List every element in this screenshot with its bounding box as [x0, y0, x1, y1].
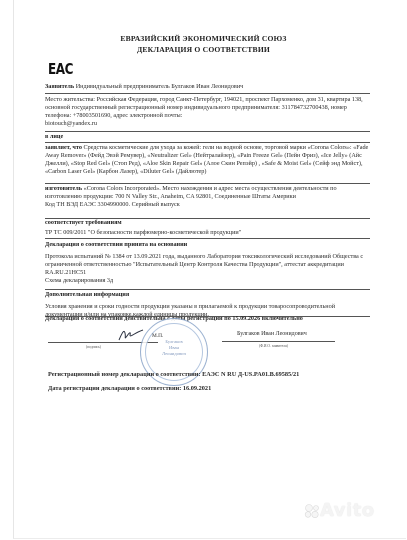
applicant-name: Булгаков Иван Леонидович — [237, 331, 307, 337]
applicant-value: Индивидуальный предприниматель Булгаков … — [74, 83, 243, 90]
compliance-value: ТР ТС 009/2011 "О безопасности парфюмерн… — [45, 229, 241, 236]
registration-date-label: Дата регистрации декларации о соответств… — [48, 385, 183, 392]
applicant-label: Заявитель — [45, 83, 74, 90]
additional-label: Дополнительная информация — [45, 291, 129, 298]
address-text: Место жительства: Российская Федерация, … — [45, 96, 363, 119]
basis-section: Декларация о соответствии принята на осн… — [45, 241, 370, 285]
applicant-line: Заявитель Индивидуальный предприниматель… — [45, 83, 370, 91]
divider — [45, 289, 370, 290]
declares-section: заявляет, что Средства косметические для… — [45, 144, 370, 176]
compliance-label: соответствует требованиям — [45, 219, 122, 226]
name-caption: (Ф.И.О. заявителя) — [259, 344, 288, 348]
divider — [45, 238, 370, 239]
basis-label: Декларация о соответствии принята на осн… — [45, 241, 187, 248]
stamp-line: Леонидович — [141, 351, 207, 357]
eac-mark-icon: EAC — [48, 60, 73, 78]
applicant-email: biotouch@yandex.ru — [45, 120, 97, 127]
registration-number-value: ЕАЭС N RU Д-US.PA01.B.69585/21 — [202, 371, 299, 378]
validity-text: Декларация о соответствии действительна … — [45, 315, 370, 323]
registration-number-label: Регистрационный номер декларации о соотв… — [48, 371, 202, 378]
avito-watermark: Avito — [320, 500, 375, 521]
registration-date-value: 16.09.2021 — [183, 385, 211, 392]
manufacturer-section: изготовитель «Corona Colors Incorporated… — [45, 185, 370, 209]
person-label: в лице — [45, 133, 370, 141]
compliance-section: соответствует требованиям ТР ТС 009/2011… — [45, 219, 370, 238]
manufacturer-value: «Corona Colors Incorporated». Место нахо… — [45, 185, 337, 200]
signature-caption: (подпись) — [86, 345, 101, 349]
registration-number: Регистрационный номер декларации о соотв… — [48, 371, 299, 378]
declares-value: Средства косметические для ухода за коже… — [45, 144, 368, 175]
declaration-title: ДЕКЛАРАЦИЯ О СООТВЕТСТВИИ — [0, 45, 407, 54]
basis-value: Протокола испытаний № 1384 от 13.09.2021… — [45, 253, 370, 277]
person-label-text: в лице — [45, 133, 63, 140]
declaration-scheme: Схема декларирования 3д — [45, 277, 370, 285]
name-line — [222, 341, 335, 342]
divider — [45, 93, 370, 94]
divider — [45, 131, 370, 132]
divider — [45, 142, 370, 143]
declares-label: заявляет, что — [45, 144, 82, 151]
applicant-address: Место жительства: Российская Федерация, … — [45, 96, 370, 128]
hs-code: Код ТН ВЭД ЕАЭС 3304990000. Серийный вып… — [45, 201, 180, 208]
divider — [45, 183, 370, 184]
union-title: ЕВРАЗИЙСКИЙ ЭКОНОМИЧЕСКИЙ СОЮЗ — [0, 34, 407, 43]
registration-date: Дата регистрации декларации о соответств… — [48, 385, 211, 392]
manufacturer-label: изготовитель — [45, 185, 82, 192]
mp-label: М.П. — [152, 333, 163, 339]
